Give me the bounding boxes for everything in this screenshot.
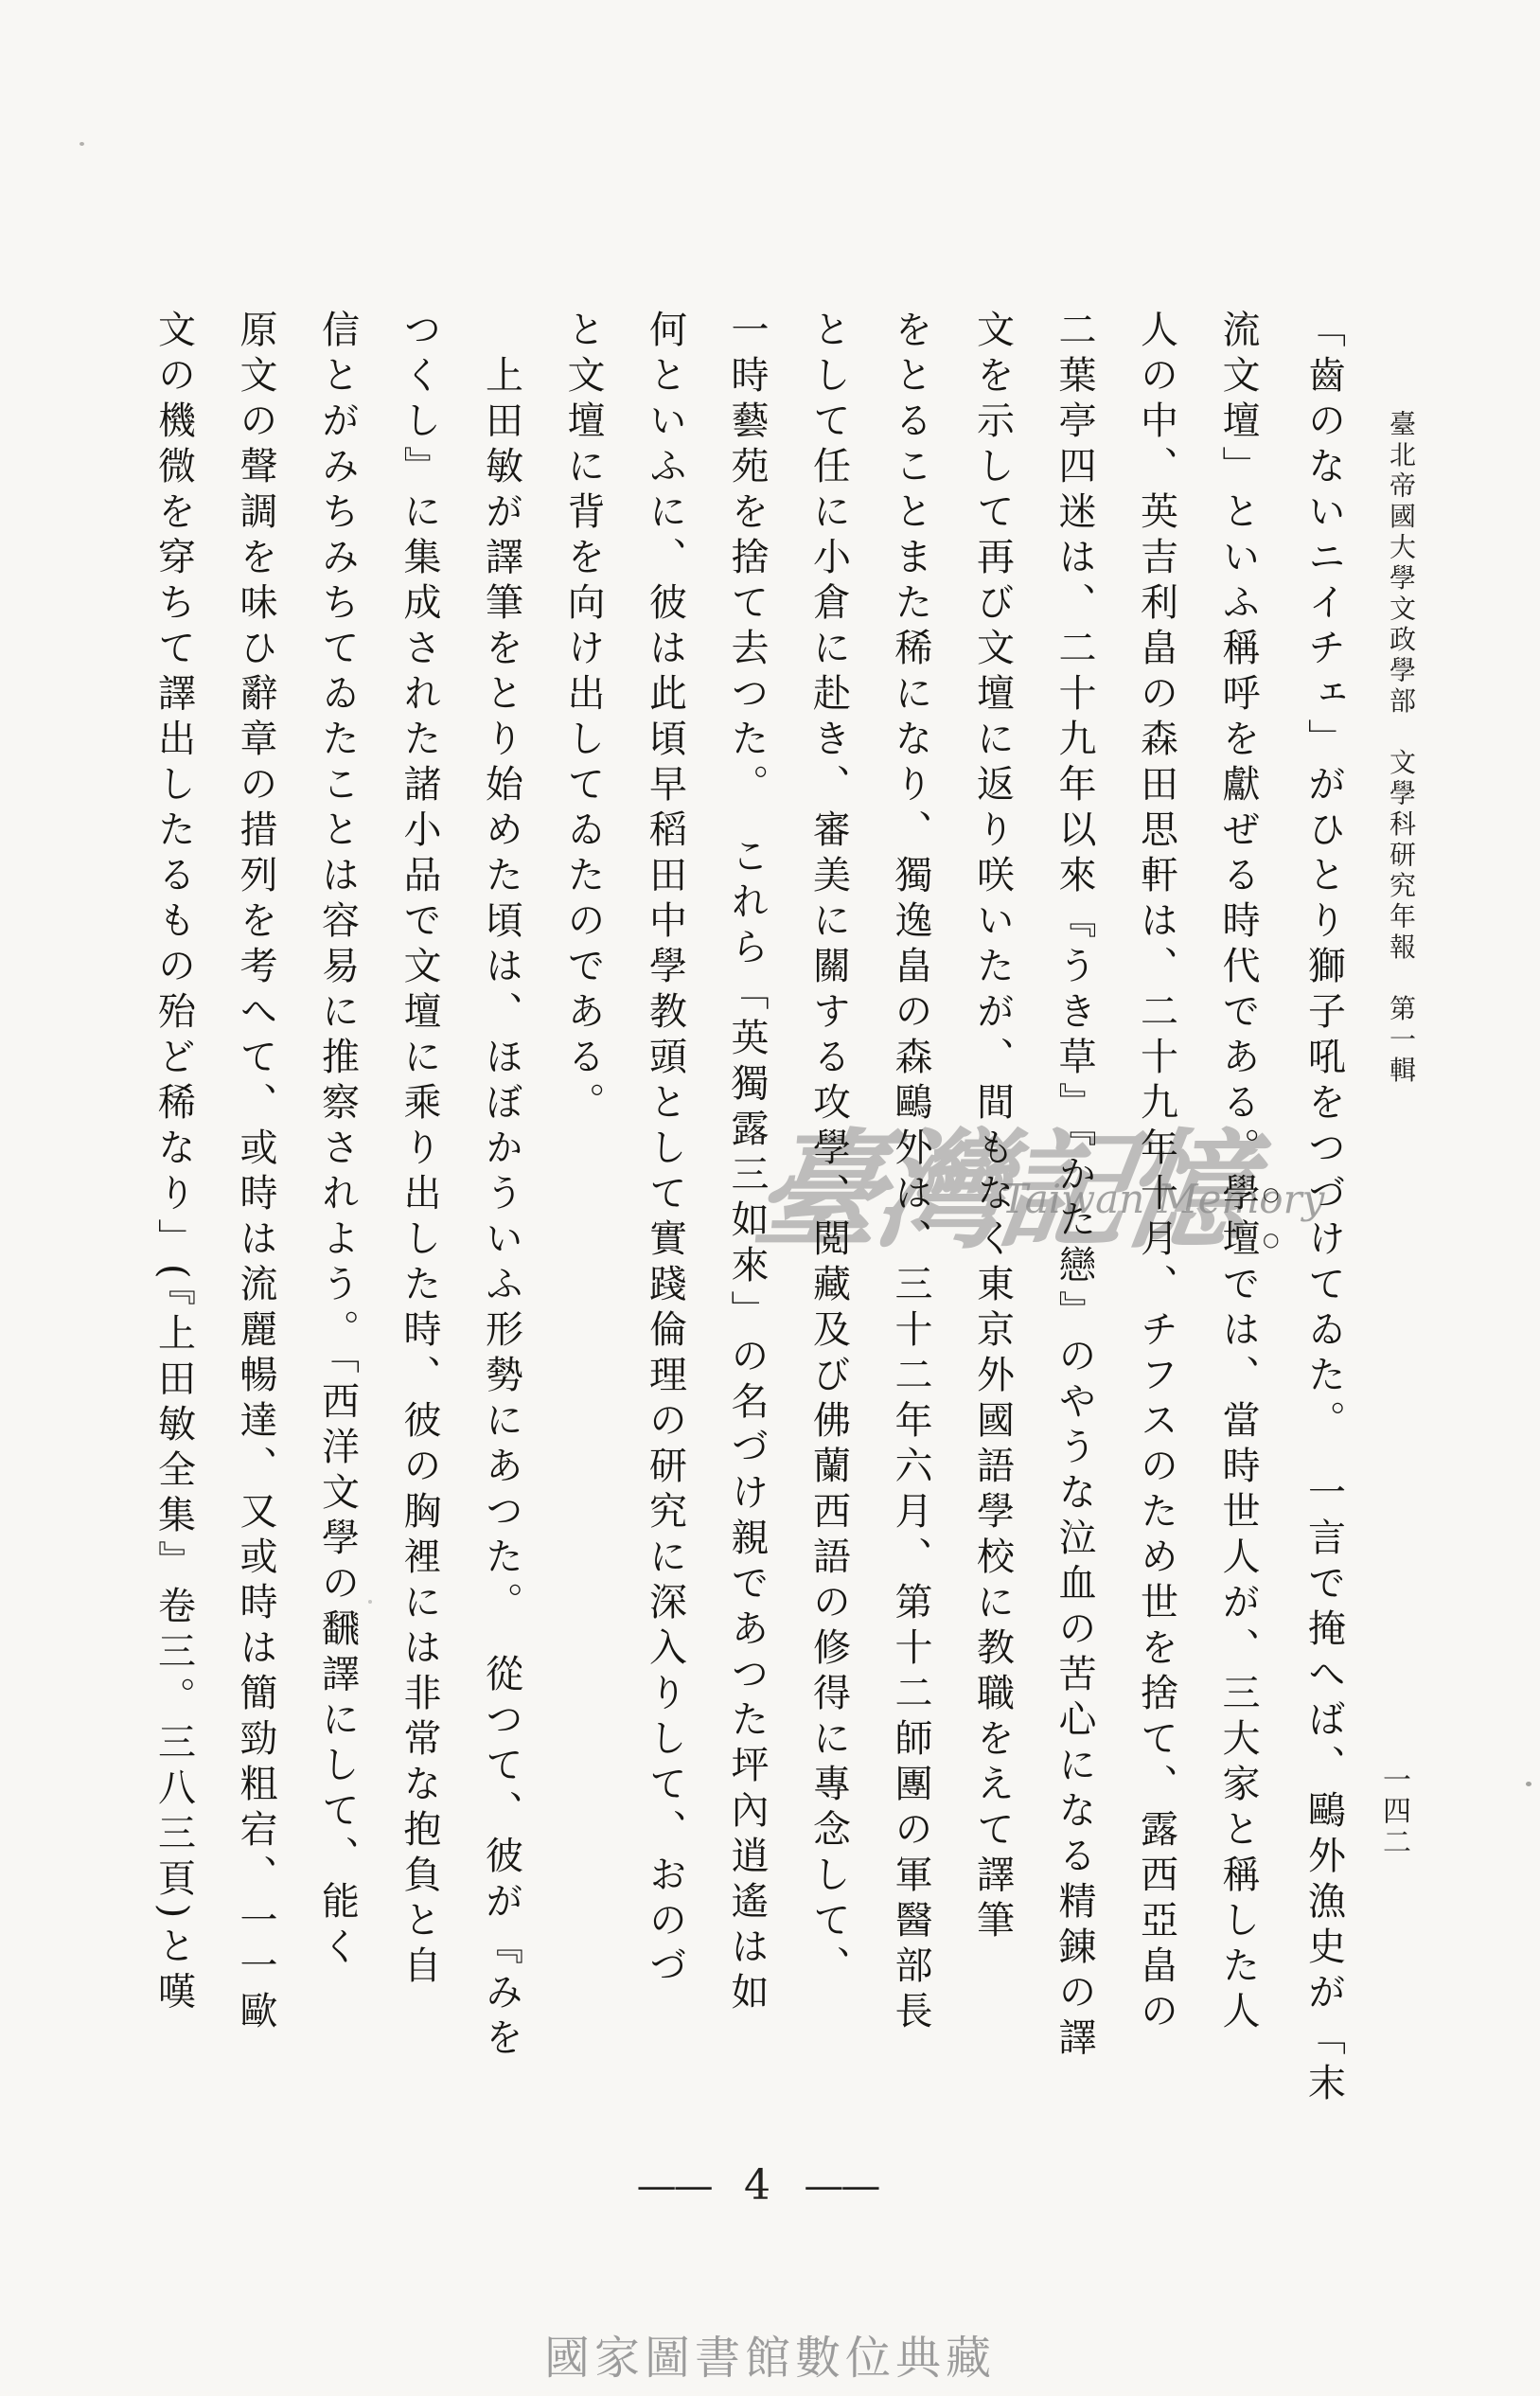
text-column-2-pre: 流文壇」といふ稱呼を獻ぜる時代である。 (1216, 310, 1260, 1173)
running-head-journal-title: 臺北帝國大學文政學部 文學科研究年報 第一輯 (1384, 410, 1418, 1087)
main-text-block: 「齒のないニイチェ」がひとり獅子吼をつづけてゐた。 一言で掩へば、鷗外漁史が「末… (133, 310, 1365, 2118)
page-number-dash-left: —— (637, 2162, 711, 2209)
text-column-14: 原文の聲調を味ひ辭章の措列を考へて、或時は流麗暢達、又或時は簡勁粗宕、一一歐 (215, 310, 297, 2118)
text-column-3: 人の中、英吉利畠の森田思軒は、二十九年十月、チフスのため世を捨て、露西亞畠の (1115, 310, 1197, 2118)
page-number-dash-right: —— (804, 2162, 877, 2209)
text-column-2: 流文壇」といふ稱呼を獻ぜる時代である。學壇では、當時世人が、三大家と稱した人 (1197, 310, 1283, 2118)
text-column-8: 一時藝苑を捨て去つた。 これら「英獨露三如來」の名づけ親であつた坪內逍遙は如 (706, 310, 788, 2118)
text-column-5: 文を示して再び文壇に返り咲いたが、間もなく東京外國語學校に教職をえて譯筆 (951, 310, 1034, 2118)
text-column-12: つくし』に集成された諸小品で文壇に乘り出した時、彼の胸裡には非常な抱負と自 (379, 310, 461, 2118)
text-column-4: 二葉亭四迷は、二十九年以來『うき草』『かた戀』のやうな泣血の苦心になる精錬の譯 (1034, 310, 1116, 2118)
library-credit: 國家圖書館數位典藏 (0, 2321, 1540, 2387)
text-column-6: をとることまた稀になり、獨逸畠の森鷗外は、三十二年六月、第十二師團の軍醫部長 (870, 310, 952, 2118)
scanned-document-page: 臺北帝國大學文政學部 文學科研究年報 第一輯 一四二 「齒のないニイチェ」がひと… (0, 0, 1540, 2396)
text-column-7: として任に小倉に赴き、審美に關する攻學、閲藏及び佛蘭西語の修得に專念して、 (788, 310, 870, 2118)
text-column-9: 何といふに、彼は此頃早稻田中學教頭として實踐倫理の研究に深入りして、おのづ (624, 310, 706, 2118)
text-column-1: 「齒のないニイチェ」がひとり獅子吼をつづけてゐた。 一言で掩へば、鷗外漁史が「末 (1283, 310, 1365, 2118)
text-column-13: 信とがみちみちてゐたことは容易に推察されよう。「西洋文學の飜譯にして、能く (296, 310, 379, 2118)
text-column-2-post: では、當時世人が、三大家と稱した人 (1216, 1264, 1260, 2036)
scan-speck (1526, 1782, 1531, 1786)
page-number: 4 (744, 2161, 770, 2210)
page-number-row: —— 4 —— (511, 2161, 1003, 2210)
text-column-10: と文壇に背を向け出してゐたのである。 (542, 310, 625, 2118)
folio-number-kanji: 一四二 (1374, 1765, 1412, 1858)
text-column-11: 上田敏が譯筆をとり始めた頃は、ほぼかういふ形勢にあつた。 從つて、彼が『みを (460, 310, 542, 2118)
scan-speck (80, 142, 84, 146)
text-column-15: 文の機微を穿ちて譯出したるもの殆ど稀なり」(『上田敏全集』卷三。三八三頁)と嘆 (133, 310, 215, 2118)
text-column-2-emphasized: 學壇 (1216, 1173, 1260, 1264)
